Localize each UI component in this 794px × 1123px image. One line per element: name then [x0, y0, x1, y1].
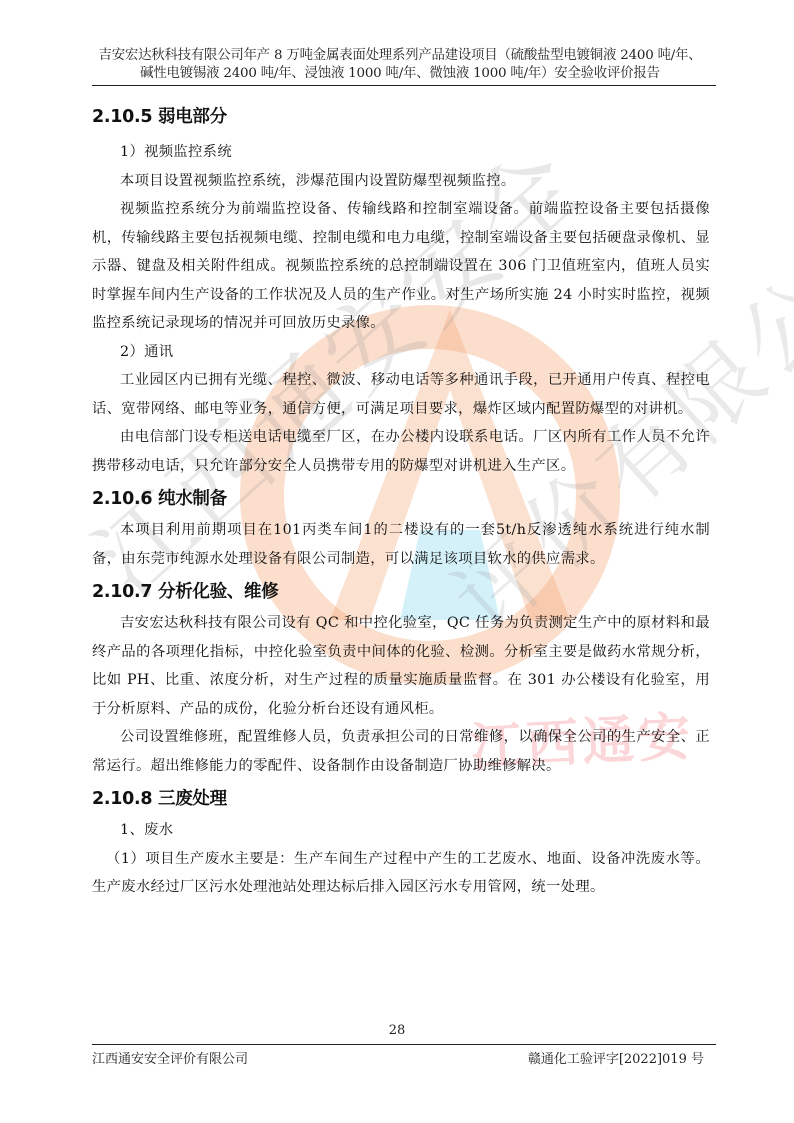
header-line-2: 碱性电镀锡液 2400 吨/年、浸蚀液 1000 吨/年、微蚀液 1000 吨/… — [92, 65, 708, 83]
footer-document-number: 赣通化工验评字[2022]019 号 — [528, 1048, 704, 1067]
paragraph: 本项目设置视频监控系统，涉爆范围内设置防爆型视频监控。 — [92, 167, 710, 196]
page-number: 28 — [0, 1023, 794, 1038]
section-heading-2-10-6: 2.10.6 纯水制备 — [92, 486, 710, 512]
subheading-communication: 2）通讯 — [92, 338, 710, 367]
footer-company: 江西通安安全评价有限公司 — [92, 1048, 248, 1067]
footer-divider — [92, 1044, 716, 1045]
paragraph: 工业园区内已拥有光缆、程控、微波、移动电话等多种通讯手段，已开通用户传真、程控电… — [92, 366, 710, 423]
section-heading-2-10-5: 2.10.5 弱电部分 — [92, 104, 710, 130]
section-heading-2-10-7: 2.10.7 分析化验、维修 — [92, 579, 710, 605]
header-line-1: 吉安宏达秋科技有限公司年产 8 万吨金属表面处理系列产品建设项目（硫酸盐型电镀铜… — [92, 47, 708, 65]
document-page: 江西通安安全 评价有限公司 江西通安 吉安宏达秋科技有限公司年产 8 万吨金属表… — [0, 0, 794, 1123]
running-header: 吉安宏达秋科技有限公司年产 8 万吨金属表面处理系列产品建设项目（硫酸盐型电镀铜… — [92, 47, 708, 83]
paragraph: 本项目利用前期项目在101丙类车间1的二楼设有的一套5t/h反渗透纯水系统进行纯… — [92, 516, 710, 573]
paragraph: 公司设置维修班，配置维修人员，负责承担公司的日常维修，以确保全公司的生产安全、正… — [92, 723, 710, 780]
header-divider — [92, 85, 716, 86]
paragraph: 由电信部门设专柜送电话电缆至厂区，在办公楼内设联系电话。厂区内所有工作人员不允许… — [92, 423, 710, 480]
subheading-video-monitoring: 1）视频监控系统 — [92, 138, 710, 167]
paragraph: 视频监控系统分为前端监控设备、传输线路和控制室端设备。前端监控设备主要包括摄像机… — [92, 195, 710, 338]
section-heading-2-10-8: 2.10.8 三废处理 — [92, 786, 710, 812]
subheading-wastewater: 1、废水 — [92, 816, 710, 845]
paragraph: （1）项目生产废水主要是：生产车间生产过程中产生的工艺废水、地面、设备冲洗废水等… — [92, 845, 710, 902]
page-body: 2.10.5 弱电部分 1）视频监控系统 本项目设置视频监控系统，涉爆范围内设置… — [92, 102, 710, 902]
paragraph: 吉安宏达秋科技有限公司设有 QC 和中控化验室，QC 任务为负责测定生产中的原材… — [92, 609, 710, 723]
